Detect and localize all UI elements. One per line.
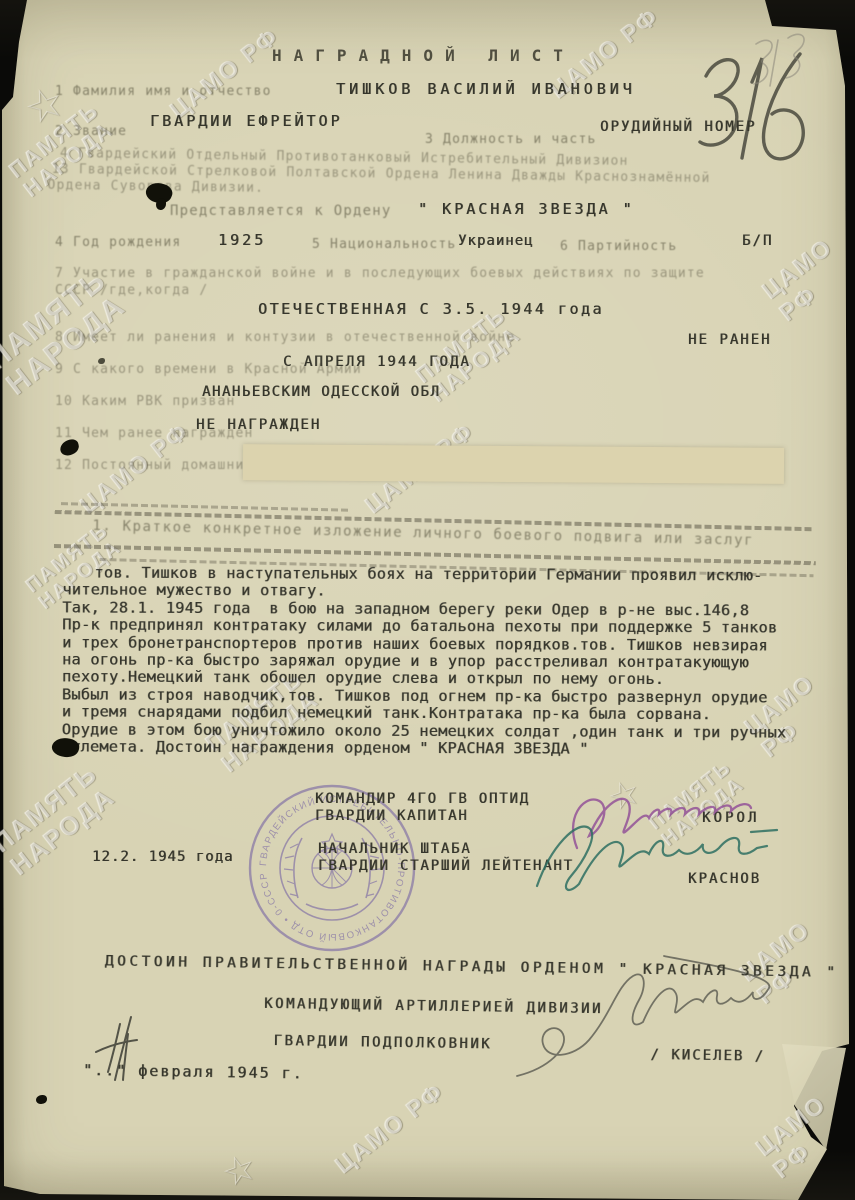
field-label-birth-year: 4 Год рождения: [55, 235, 181, 250]
field-value-rank: ГВАРДИИ ЕФРЕЙТОР: [150, 112, 343, 130]
commander-post: КОМАНДИР 4ГО ГВ ОПТИД: [315, 791, 530, 807]
endorsement-signer-name: / КИСЕЛЕВ /: [650, 1047, 765, 1065]
field-value-position: ОРУДИЙНЫЙ НОМЕР: [600, 119, 756, 135]
field-label-rank: 2 Звание: [55, 124, 127, 139]
document-date: 12.2. 1945 года: [92, 849, 233, 865]
section-heading: 1. Краткое конкретное изложение личного …: [92, 518, 754, 549]
field-label-name: 1 Фамилия имя и отчество: [55, 84, 272, 99]
field-label-position: 3 Должность и часть: [425, 132, 597, 147]
field-value-previous-awards: НЕ НАГРАЖДЕН: [196, 417, 321, 433]
handwritten-registry-number: [690, 40, 820, 170]
feat-description: тов. Тишков в наступательных боях на тер…: [62, 564, 787, 759]
field-value-name: ТИШКОВ ВАСИЛИЙ ИВАНОВИЧ: [336, 80, 636, 98]
field-label-wounds: 8 Имеет ли ранения и контузии в отечеств…: [55, 330, 515, 345]
presentation-prefix: Представляется к Ордену: [170, 203, 391, 219]
chief-of-staff-name: КРАСНОВ: [688, 871, 761, 887]
field-value-nationality: Украинец: [458, 233, 533, 249]
field-value-birth-year: 1925: [218, 231, 266, 249]
field-value-war-participation: ОТЕЧЕСТВЕННАЯ С 3.5. 1944 года: [258, 300, 604, 318]
field-value-drafted-by: АНАНЬЕВСКИМ ОДЕССКОЙ ОБЛ: [202, 384, 440, 400]
endorsement-date: ".." февраля 1945 г.: [83, 1061, 304, 1082]
field-label-nationality: 5 Национальность: [312, 237, 456, 252]
commander-post: ГВАРДИИ КАПИТАН: [315, 808, 468, 824]
endorsement-rank: ГВАРДИИ ПОДПОЛКОВНИК: [273, 1033, 492, 1052]
field-value-service-since: С АПРЕЛЯ 1944 ГОДА: [283, 354, 471, 370]
redacted-address-patch: [243, 444, 784, 484]
page-title: НАГРАДНОЙ ЛИСТ: [272, 46, 575, 65]
field-label-party: 6 Партийность: [560, 239, 677, 254]
chief-of-staff-post: НАЧАЛЬНИК ШТАБА: [318, 841, 471, 857]
commander-name: КОРОЛ: [702, 810, 759, 826]
field-label-war-participation: СССР /где,когда /: [55, 283, 208, 298]
chief-of-staff-post: ГВАРДИИ СТАРШИЙ ЛЕЙТЕНАНТ: [318, 858, 574, 874]
field-value-party: Б/П: [742, 233, 773, 249]
feat-line: пулемета. Достоин награждения орденом " …: [62, 738, 787, 759]
field-value-wounds: НЕ РАНЕН: [688, 332, 771, 348]
document-scan: ЦАМО РФ ЦАМО РФ ☆ ПАМЯТЬНАРОДА ПАМЯТЬНАР…: [0, 0, 855, 1200]
presentation-order: " КРАСНАЯ ЗВЕЗДА ": [418, 200, 635, 218]
field-label-war-participation: 7 Участие в гражданской войне и в послед…: [55, 266, 705, 281]
